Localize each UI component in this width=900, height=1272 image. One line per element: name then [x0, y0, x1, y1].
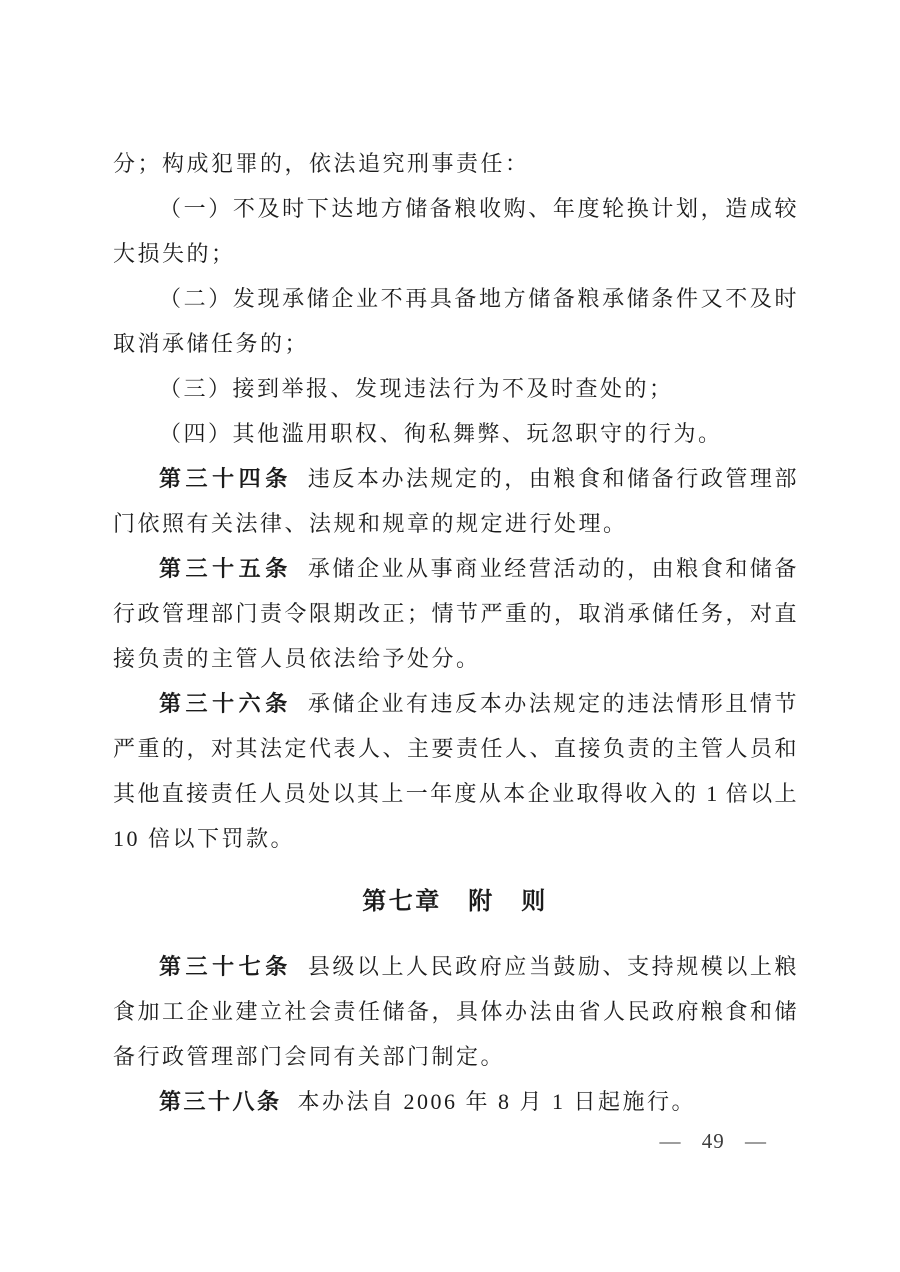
text-run: 承储企业从事商业经营活动的，由粮食和储备 — [308, 556, 797, 581]
article-number: 第三十八条 — [159, 1089, 282, 1114]
page-number: — 49 — — [660, 1126, 768, 1156]
text-line: 备行政管理部门会同有关部门制定。 — [113, 1034, 797, 1079]
text-run: （一）不及时下达地方储备粮收购、年度轮换计划，造成较 — [159, 196, 797, 221]
text-run: 取消承储任务的； — [113, 331, 309, 356]
text-line: 食加工企业建立社会责任储备，具体办法由省人民政府粮食和储 — [113, 989, 797, 1034]
text-run: 食加工企业建立社会责任储备，具体办法由省人民政府粮食和储 — [113, 999, 797, 1024]
text-run: 承储企业有违反本办法规定的违法情形且情节 — [308, 691, 797, 716]
article-number: 第三十四条 — [159, 466, 292, 491]
text-line: 取消承储任务的； — [113, 321, 797, 366]
text-line: 第三十四条违反本办法规定的，由粮食和储备行政管理部 — [113, 456, 797, 501]
text-line: 接负责的主管人员依法给予处分。 — [113, 636, 797, 681]
text-run: 备行政管理部门会同有关部门制定。 — [113, 1044, 505, 1069]
text-run: 本办法自 2006 年 8 月 1 日起施行。 — [298, 1089, 697, 1114]
text-line: 第三十六条承储企业有违反本办法规定的违法情形且情节 — [113, 681, 797, 726]
text-run: 门依照有关法律、法规和规章的规定进行处理。 — [113, 511, 628, 536]
article-number: 第三十五条 — [159, 556, 292, 581]
text-line: 第三十五条承储企业从事商业经营活动的，由粮食和储备 — [113, 546, 797, 591]
text-line: 门依照有关法律、法规和规章的规定进行处理。 — [113, 501, 797, 546]
text-run: 大损失的； — [113, 241, 236, 266]
text-run: 严重的，对其法定代表人、主要责任人、直接负责的主管人员和 — [113, 736, 797, 761]
text-run: 分；构成犯罪的，依法追究刑事责任： — [113, 151, 530, 176]
text-line: 行政管理部门责令限期改正；情节严重的，取消承储任务，对直 — [113, 591, 797, 636]
document-text: 分；构成犯罪的，依法追究刑事责任：（一）不及时下达地方储备粮收购、年度轮换计划，… — [113, 141, 797, 1124]
text-run: 行政管理部门责令限期改正；情节严重的，取消承储任务，对直 — [113, 601, 797, 626]
article-number: 第三十六条 — [159, 691, 292, 716]
text-line: 10 倍以下罚款。 — [113, 816, 797, 861]
text-run: （三）接到举报、发现违法行为不及时查处的； — [159, 376, 674, 401]
text-run: 违反本办法规定的，由粮食和储备行政管理部 — [308, 466, 797, 491]
text-line: （三）接到举报、发现违法行为不及时查处的； — [113, 366, 797, 411]
text-run: （四）其他滥用职权、徇私舞弊、玩忽职守的行为。 — [159, 421, 723, 446]
text-run: （二）发现承储企业不再具备地方储备粮承储条件又不及时 — [159, 286, 797, 311]
text-line: 分；构成犯罪的，依法追究刑事责任： — [113, 141, 797, 186]
text-line: 第三十七条县级以上人民政府应当鼓励、支持规模以上粮 — [113, 944, 797, 989]
text-run: 10 倍以下罚款。 — [113, 826, 295, 851]
text-line: （二）发现承储企业不再具备地方储备粮承储条件又不及时 — [113, 276, 797, 321]
text-run: 其他直接责任人员处以其上一年度从本企业取得收入的 1 倍以上 — [113, 781, 797, 806]
text-line: 严重的，对其法定代表人、主要责任人、直接负责的主管人员和 — [113, 726, 797, 771]
article-number: 第三十七条 — [159, 954, 292, 979]
text-run: 接负责的主管人员依法给予处分。 — [113, 646, 481, 671]
text-line: 其他直接责任人员处以其上一年度从本企业取得收入的 1 倍以上 — [113, 771, 797, 816]
text-run: 县级以上人民政府应当鼓励、支持规模以上粮 — [308, 954, 797, 979]
article-number: 第七章 附 则 — [362, 888, 548, 915]
document-page: 分；构成犯罪的，依法追究刑事责任：（一）不及时下达地方储备粮收购、年度轮换计划，… — [0, 0, 900, 1272]
chapter-heading: 第七章 附 则 — [113, 879, 797, 924]
text-line: 第三十八条本办法自 2006 年 8 月 1 日起施行。 — [113, 1079, 797, 1124]
text-line: （四）其他滥用职权、徇私舞弊、玩忽职守的行为。 — [113, 411, 797, 456]
text-line: 大损失的； — [113, 231, 797, 276]
text-line: （一）不及时下达地方储备粮收购、年度轮换计划，造成较 — [113, 186, 797, 231]
